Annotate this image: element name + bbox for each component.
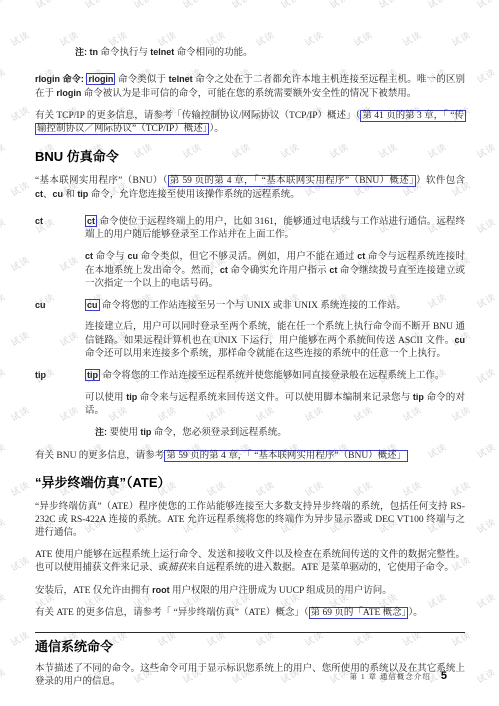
watermark-text: 试读	[0, 0, 8, 11]
text-run: 命令类似于	[115, 75, 168, 85]
watermark-text: 试读	[180, 0, 204, 11]
text-run: 命令将您的工作站连接至另一个与 UNIX 或非 UNIX 系统连接的工作站。	[100, 301, 406, 311]
text-run: 命令类似，但它不够灵活。例如，用户不能在通过	[138, 252, 357, 262]
watermark-text: 试读	[474, 365, 498, 386]
emphasis-text: tn	[90, 47, 99, 57]
text-run: ）软件包含	[416, 176, 465, 186]
text-run: 命令，您必须登录到远程系统。	[151, 428, 286, 438]
command-definition: ct 命令使位于远程终端上的用户，比如 3161，能够通过电话线与工作站进行通信…	[85, 215, 465, 299]
note-paragraph: 注: tn 命令执行与 telnet 命令相同的功能。	[75, 46, 465, 60]
emphasis-text: tip	[126, 392, 137, 402]
emphasis-text: cu	[53, 189, 64, 199]
watermark-text: 试读	[0, 665, 8, 686]
emphasis-text: ct	[35, 189, 43, 199]
text-run: “异步终端仿真”（ATE）程序使您的工作站能够连接至大多数支持异步终端的系统，包…	[35, 502, 465, 538]
watermark-text: 试读	[474, 515, 498, 536]
watermark-text: 试读	[0, 440, 8, 461]
watermark-text: 试读	[474, 290, 498, 311]
section-divider	[35, 632, 465, 633]
watermark-text: 试读	[474, 140, 498, 161]
paragraph: ct 命令使位于远程终端上的用户，比如 3161，能够通过电话线与工作站进行通信…	[85, 215, 465, 242]
bnu-command-ct: ct ct 命令使位于远程终端上的用户，比如 3161，能够通过电话线与工作站进…	[35, 215, 465, 299]
bnu-intro-paragraph: “基本联网实用程序”（BNU）（第 59 页的第 4 章，「 “基本联网实用程序…	[35, 175, 465, 202]
paragraph: 连接建立后，用户可以同时登录至两个系统，能在任一个系统上执行命令而不断开 BNU…	[85, 321, 465, 361]
text-run: 命令被认为是非可信的命令，可能在您的系统需要额外安全性的情况下被禁用。	[81, 89, 416, 99]
note-paragraph: 注: 要使用 tip 命令，您必须登录到远程系统。	[95, 426, 465, 440]
command-term-cu: cu	[35, 299, 85, 369]
section-heading-bnu: BNU 仿真命令	[35, 149, 465, 165]
emphasis-text: cu	[454, 335, 465, 345]
bnu-command-tip: tip tip 命令将您的工作站连接至远程系统并使您能够如同直接登录般在远程系统…	[35, 369, 465, 448]
watermark-text: 试读	[474, 0, 498, 11]
text-run: 有关 TCP/IP 的更多信息，请参考「传输控制协议/网际协议（TCP/IP）概…	[35, 111, 360, 121]
text-run: 命令将您的工作站连接至远程系统并使您能够如同直接登录般在远程系统上工作。	[100, 371, 444, 381]
emphasis-text: ct	[220, 265, 228, 275]
emphasis-text: root	[152, 585, 170, 595]
command-term-ct: ct	[35, 215, 85, 299]
watermark-text: 试读	[8, 552, 32, 573]
section-heading-ate: “异步终端仿真”（ATE）	[35, 475, 465, 491]
xref-link[interactable]: 第 59 页的第 4 章，「 “基本联网实用程序”（BNU）概述」	[168, 175, 416, 187]
watermark-text: 试读	[8, 477, 32, 498]
watermark-text: 试读	[425, 0, 449, 11]
watermark-text: 试读	[0, 515, 8, 536]
bnu-command-cu: cu cu 命令将您的工作站连接至另一个与 UNIX 或非 UNIX 系统连接的…	[35, 299, 465, 369]
watermark-text: 试读	[0, 215, 8, 236]
page-footer: 第 1 章 通信概念介绍 5	[350, 670, 448, 682]
text-run: “基本联网实用程序”（BNU）（	[35, 176, 168, 186]
text-run: 捕获	[168, 563, 187, 573]
text-run: 连接建立后，用户可以同时登录至两个系统，能在任一个系统上执行命令而不断开 BNU…	[85, 322, 465, 346]
ate-more-info-paragraph: 有关 ATE 的更多信息，请参考「 “异步终端仿真”（ATE）概念」（第 69 …	[35, 607, 465, 620]
text-run: 、	[43, 190, 53, 200]
ate-paragraph-3: 安装后，ATE 仅允许由拥有 root 用户权限的用户注册成为 UUCP 组成员…	[35, 584, 465, 598]
watermark-text: 试读	[474, 215, 498, 236]
text-run: 用户权限的用户注册成为 UUCP 组成员的用户访问。	[170, 586, 392, 596]
watermark-text: 试读	[0, 290, 8, 311]
watermark-text: 试读	[0, 140, 8, 161]
text-run: 命令使位于远程终端上的用户，比如 3161，能够通过电话线与工作站进行通信。远程…	[85, 217, 465, 240]
rlogin-paragraph: rlogin 命令: rlogin 命令类似于 telnet 命令之处在于二者都…	[35, 73, 465, 101]
text-run: 命令，允许您连接至使用该操作系统的远程系统。	[88, 190, 299, 200]
text-run: 命令还可以用来连接多个系统，那样命令就能在这些连接的系统中的任意一个上执行。	[85, 349, 446, 359]
watermark-text: 试读	[278, 0, 302, 11]
document-page: 试读试读试读试读试读试读试读试读试读试读试读试读试读试读试读试读试读试读试读试读…	[0, 0, 499, 706]
watermark-text: 试读	[474, 665, 498, 686]
ate-paragraph-1: “异步终端仿真”（ATE）程序使您的工作站能够连接至大多数支持异步终端的系统，包…	[35, 501, 465, 540]
emphasis-text: cu	[127, 251, 138, 261]
emphasis-text: tip	[77, 189, 88, 199]
command-term-tip: tip	[35, 369, 85, 448]
command-definition: tip 命令将您的工作站连接至远程系统并使您能够如同直接登录般在远程系统上工作。…	[85, 369, 465, 448]
text-run: 和	[63, 190, 77, 200]
xref-link[interactable]: tip	[85, 369, 100, 381]
ate-paragraph-2: ATE 使用户能够在远程系统上运行命令、发送和接收文件以及检查在系统间传送的文件…	[35, 549, 465, 575]
emphasis-text: rlogin 命令:	[35, 74, 84, 84]
text-run: 命令相同的功能。	[174, 48, 252, 58]
text-run: ）。	[209, 124, 223, 134]
paragraph: 可以使用 tip 命令来与远程系统来回传送文件。可以使用脚本编制来记录您与 ti…	[85, 391, 465, 418]
bnu-more-info-paragraph: 有关 BNU 的更多信息，请参考第 59 页的第 4 章，「 “基本联网实用程序…	[35, 450, 465, 463]
watermark-text: 试读	[8, 27, 32, 48]
watermark-text: 试读	[33, 0, 57, 11]
emphasis-text: tip	[140, 427, 151, 437]
watermark-text: 试读	[474, 65, 498, 86]
text-run: 命令来与远程系统来回传送文件。可以使用脚本编制来记录您与	[137, 393, 413, 403]
footer-chapter-title: 第 1 章 通信概念介绍	[350, 671, 431, 682]
watermark-text: 试读	[376, 0, 400, 11]
text-run: 可以使用	[85, 393, 126, 403]
paragraph: ct 命令与 cu 命令类似，但它不够灵活。例如，用户不能在通过 ct 命令与远…	[85, 250, 465, 291]
text-run: 安装后，ATE 仅允许由拥有	[35, 586, 152, 596]
watermark-text: 试读	[229, 0, 253, 11]
section-heading-comm: 通信系统命令	[35, 639, 465, 655]
xref-link[interactable]: 第 69 页的「ATE 概念」	[309, 607, 409, 619]
tcpip-reference-paragraph: 有关 TCP/IP 的更多信息，请参考「传输控制协议/网际协议（TCP/IP）概…	[35, 110, 465, 136]
emphasis-text: telnet	[150, 47, 174, 57]
watermark-text: 试读	[82, 0, 106, 11]
emphasis-text: 注:	[95, 427, 110, 437]
watermark-text: 试读	[0, 65, 8, 86]
watermark-text: 试读	[8, 252, 32, 273]
emphasis-text: 注:	[75, 47, 90, 57]
emphasis-text: ct	[85, 251, 93, 261]
watermark-text: 试读	[8, 177, 32, 198]
xref-link[interactable]: rlogin	[86, 73, 115, 85]
text-run: 命令与	[93, 252, 127, 262]
watermark-text: 试读	[8, 627, 32, 648]
xref-link[interactable]: ct	[85, 215, 97, 227]
watermark-text: 试读	[131, 0, 155, 11]
text-run: ）。	[408, 608, 422, 618]
text-run: 来自远程系统的进入数据。ATE 是菜单驱动的，它使用子命令。	[187, 563, 454, 573]
watermark-text: 试读	[8, 402, 32, 423]
watermark-text: 试读	[8, 102, 32, 123]
text-run: 有关 ATE 的更多信息，请参考「 “异步终端仿真”（ATE）概念」（	[35, 608, 309, 618]
emphasis-text: tip	[413, 392, 424, 402]
watermark-text: 试读	[8, 327, 32, 348]
text-run: 要使用	[110, 428, 141, 438]
page-content: 注: tn 命令执行与 telnet 命令相同的功能。 rlogin 命令: r…	[35, 46, 465, 698]
paragraph: cu 命令将您的工作站连接至另一个与 UNIX 或非 UNIX 系统连接的工作站…	[85, 299, 465, 313]
watermark-text: 试读	[474, 590, 498, 611]
text-run: 有关 BNU 的更多信息，请参考	[35, 451, 164, 461]
footer-page-number: 5	[441, 670, 447, 682]
command-definition: cu 命令将您的工作站连接至另一个与 UNIX 或非 UNIX 系统连接的工作站…	[85, 299, 465, 369]
xref-link[interactable]: cu	[85, 299, 100, 311]
emphasis-text: telnet	[169, 74, 193, 84]
emphasis-text: rlogin	[56, 88, 81, 98]
paragraph: tip 命令将您的工作站连接至远程系统并使您能够如同直接登录般在远程系统上工作。	[85, 369, 465, 383]
text-run: 命令执行与	[98, 48, 150, 58]
watermark-text: 试读	[0, 590, 8, 611]
text-run: 命令确实允许用户指示	[228, 266, 329, 276]
watermark-text: 试读	[327, 0, 351, 11]
xref-link[interactable]: 第 59 页的第 4 章，「 “基本联网实用程序”（BNU）概述」	[164, 450, 408, 462]
watermark-text: 试读	[0, 365, 8, 386]
watermark-text: 试读	[474, 440, 498, 461]
